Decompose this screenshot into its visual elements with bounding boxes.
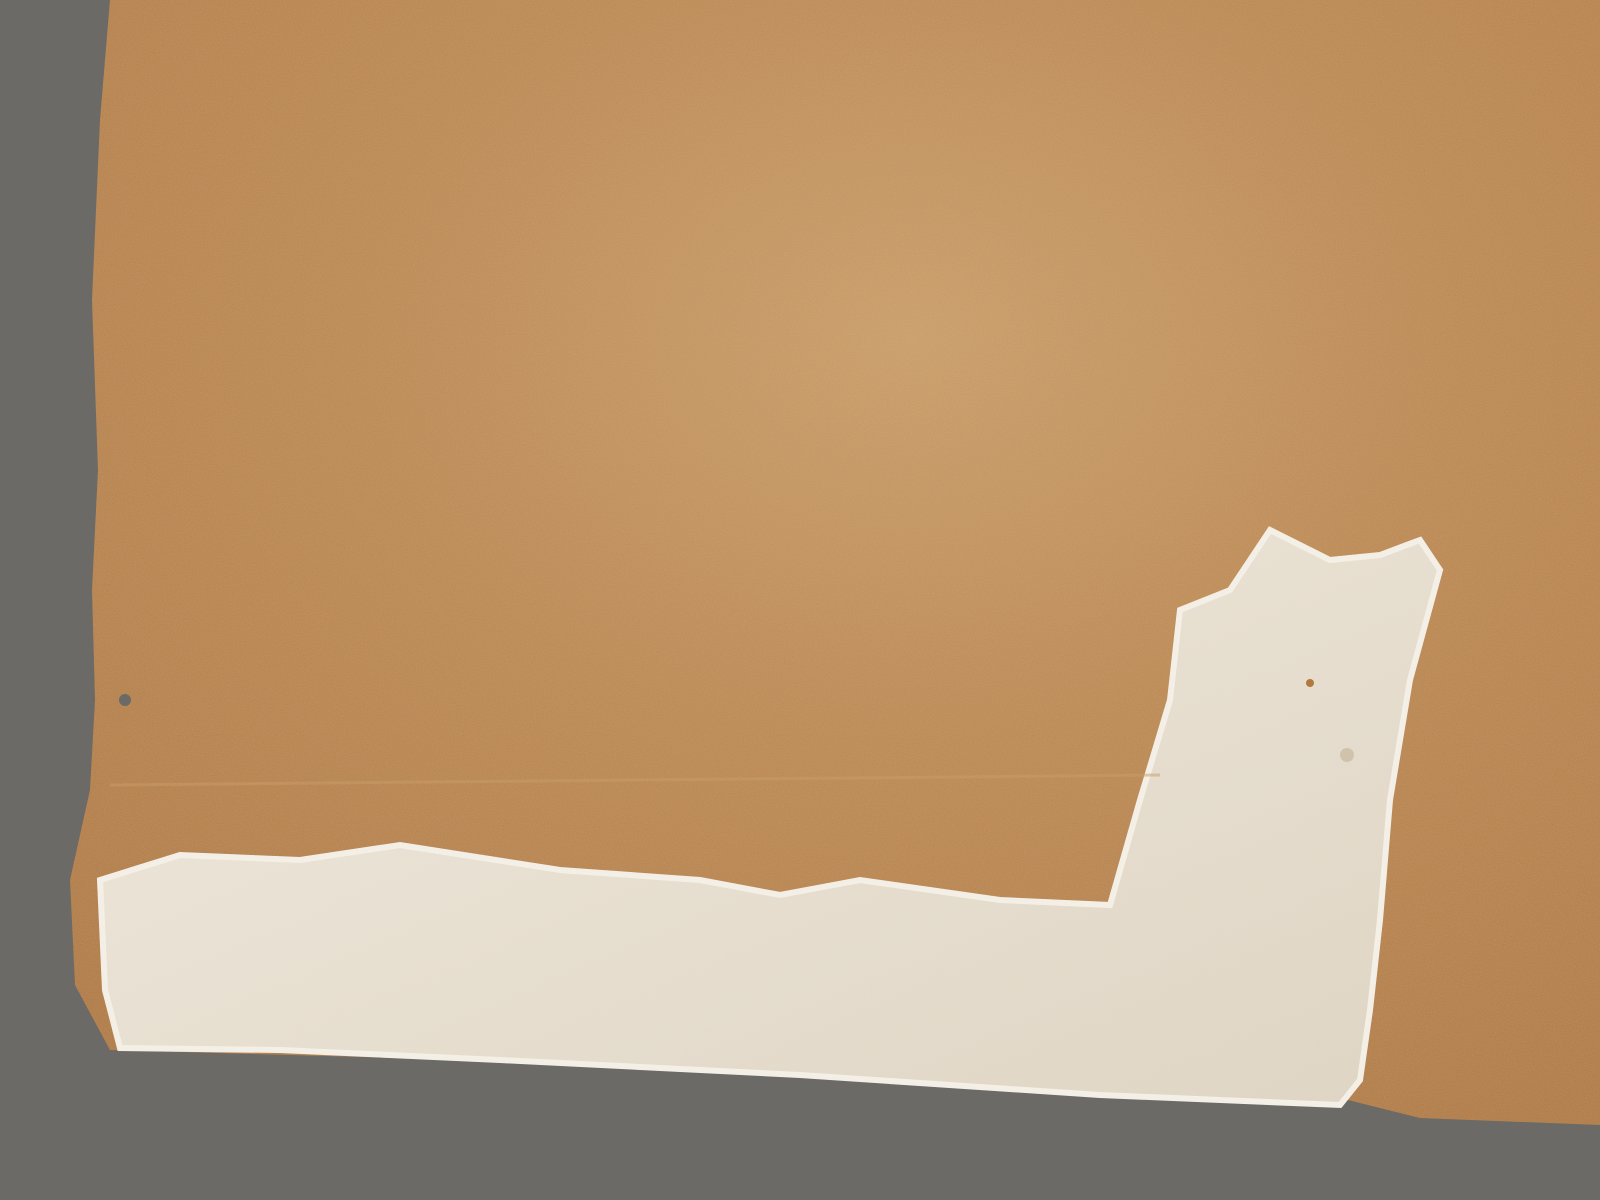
photo-scene bbox=[0, 0, 1600, 1200]
paper-photo bbox=[0, 0, 1600, 1200]
stain-spot bbox=[1306, 679, 1314, 687]
stain-spot bbox=[1340, 748, 1354, 762]
paper-hole bbox=[119, 694, 131, 706]
